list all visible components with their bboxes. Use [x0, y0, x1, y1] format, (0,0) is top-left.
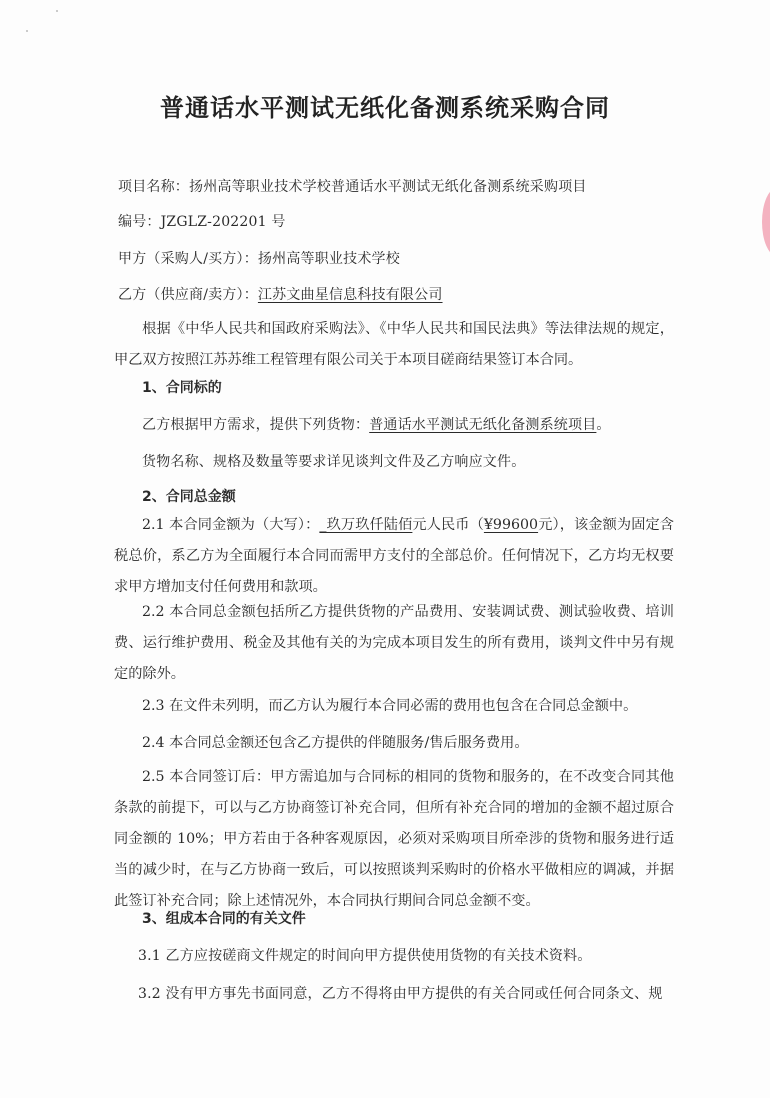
clause-2-4-text: 2.4 本合同总金额还包含乙方提供的伴随服务/售后服务费用。: [142, 735, 529, 751]
number-value: JZGLZ-202201 号: [161, 214, 286, 230]
party-a-value: 扬州高等职业技术学校: [258, 251, 400, 267]
clause-2-1-prefix: 2.1 本合同金额为（大写）：: [142, 517, 319, 533]
section-1-heading: 1、合同标的: [142, 377, 222, 397]
project-value: 扬州高等职业技术学校普通话水平测试无纸化备测系统采购项目: [189, 179, 587, 195]
section-1-goods-line: 乙方根据甲方需求，提供下列货物：普通话水平测试无纸化备测系统项目。: [142, 414, 611, 434]
clause-2-1-mid: 元人民币（: [412, 517, 484, 533]
preamble-text: 根据《中华人民共和国政府采购法》、《中华人民共和国民法典》等法律法规的规定，甲乙…: [114, 321, 674, 368]
clause-2-3: 2.3 在文件未列明，而乙方认为履行本合同必需的费用也包含在合同总金额中。: [114, 691, 674, 722]
clause-2-3-text: 2.3 在文件未列明，而乙方认为履行本合同必需的费用也包含在合同总金额中。: [142, 698, 637, 714]
clause-2-5-text: 2.5 本合同签订后：甲方需追加与合同标的相同的货物和服务的，在不改变合同其他条…: [114, 769, 674, 909]
amount-numeric: ¥99600: [484, 517, 538, 533]
clause-2-5: 2.5 本合同签订后：甲方需追加与合同标的相同的货物和服务的，在不改变合同其他条…: [114, 762, 674, 917]
amount-in-words: _玖万玖仟陆佰: [319, 517, 412, 533]
goods-name: 普通话水平测试无纸化备测系统项目: [369, 417, 596, 433]
clause-2-1: 2.1 本合同金额为（大写）：_玖万玖仟陆佰元人民币（¥99600元），该金额为…: [114, 510, 674, 603]
number-label: 编号：: [118, 214, 161, 230]
section-1-spec-line: 货物名称、规格及数量等要求详见谈判文件及乙方响应文件。: [142, 451, 525, 471]
contract-number-line: 编号：JZGLZ-202201 号: [118, 211, 286, 231]
contract-page: 普通话水平测试无纸化备测系统采购合同 项目名称：扬州高等职业技术学校普通话水平测…: [0, 0, 770, 1098]
project-name-line: 项目名称：扬州高等职业技术学校普通话水平测试无纸化备测系统采购项目: [118, 176, 587, 196]
clause-2-2-text: 2.2 本合同总金额包括所乙方提供货物的产品费用、安装调试费、测试验收费、培训费…: [114, 604, 674, 682]
clause-2-4: 2.4 本合同总金额还包含乙方提供的伴随服务/售后服务费用。: [114, 728, 674, 759]
party-b-line: 乙方（供应商/卖方）：江苏文曲星信息科技有限公司: [118, 284, 443, 304]
party-b-value: 江苏文曲星信息科技有限公司: [258, 287, 443, 303]
seal-stamp-edge: [762, 188, 770, 256]
section-2-heading: 2、合同总金额: [142, 486, 236, 506]
clause-3-2: 3.2 没有甲方事先书面同意，乙方不得将由甲方提供的有关合同或任何合同条文、规: [138, 983, 663, 1003]
goods-suffix: 。: [596, 417, 610, 433]
goods-prefix: 乙方根据甲方需求，提供下列货物：: [142, 417, 369, 433]
scan-speck: [56, 10, 58, 12]
preamble-paragraph: 根据《中华人民共和国政府采购法》、《中华人民共和国民法典》等法律法规的规定，甲乙…: [114, 314, 674, 376]
project-label: 项目名称：: [118, 179, 189, 195]
scan-speck: [26, 30, 28, 32]
party-a-line: 甲方（采购人/买方）：扬州高等职业技术学校: [118, 248, 400, 268]
clause-2-2: 2.2 本合同总金额包括所乙方提供货物的产品费用、安装调试费、测试验收费、培训费…: [114, 597, 674, 690]
clause-3-1: 3.1 乙方应按磋商文件规定的时间向甲方提供使用货物的有关技术资料。: [138, 945, 592, 965]
document-title: 普通话水平测试无纸化备测系统采购合同: [0, 88, 770, 123]
party-a-label: 甲方（采购人/买方）：: [118, 251, 258, 267]
section-3-heading: 3、组成本合同的有关文件: [142, 908, 306, 928]
party-b-label: 乙方（供应商/卖方）：: [118, 287, 258, 303]
